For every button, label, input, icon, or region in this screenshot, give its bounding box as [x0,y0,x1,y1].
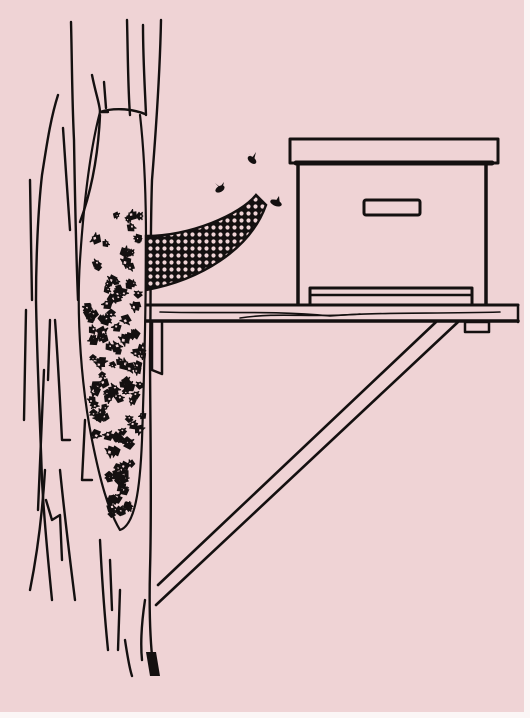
bee-icon [246,152,258,166]
bee-swarm [82,209,148,518]
bee-icon [214,182,226,194]
mesh-funnel [146,195,266,290]
hive-handle [364,200,420,215]
shelf-board [146,305,518,374]
hive-lid [290,139,498,163]
beehive-illustration [0,0,530,718]
hive-box [290,139,498,304]
shelf-cleat [465,322,489,332]
flying-bees [214,152,282,208]
shelf-bracket [152,322,162,374]
bee-icon [269,196,282,208]
diagonal-brace [156,322,458,605]
trunk-base-mark [146,652,160,676]
